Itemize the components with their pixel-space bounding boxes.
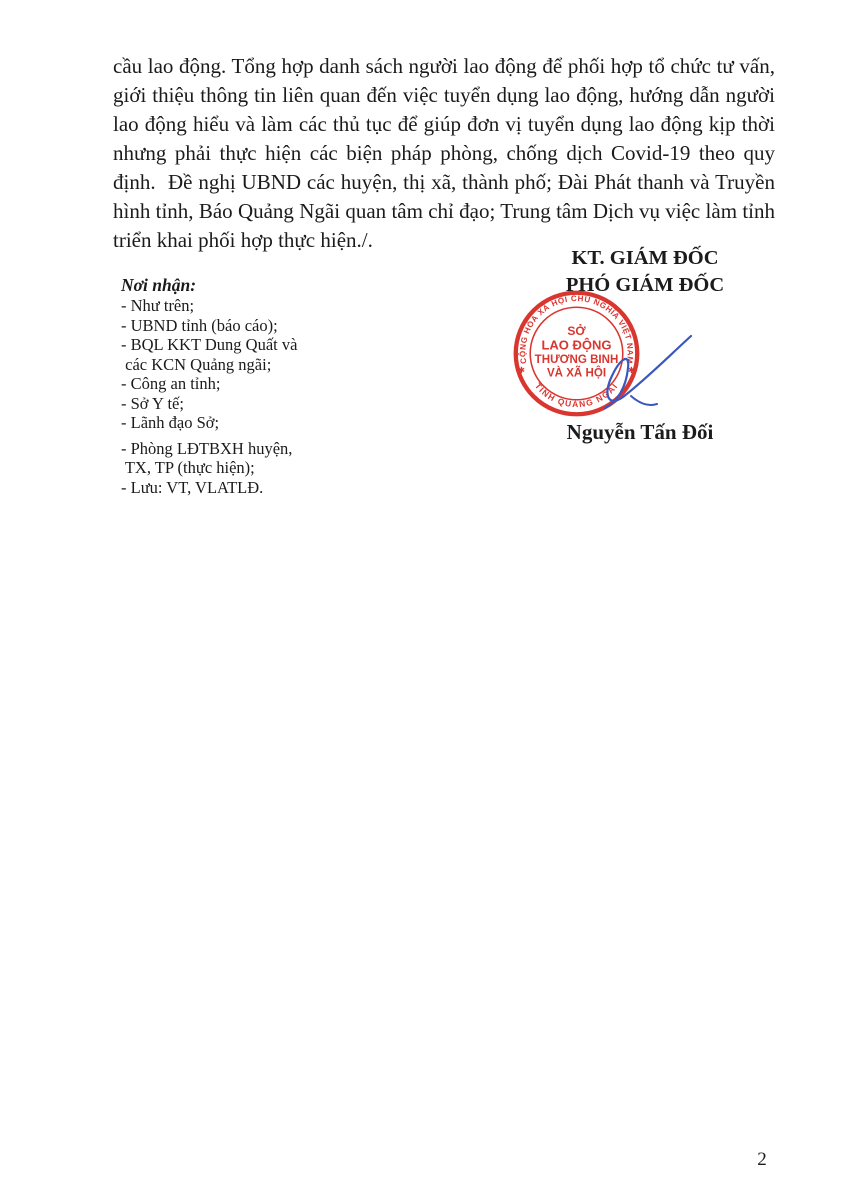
page-number: 2 — [748, 1149, 776, 1171]
recipient-item: - Lưu: VT, VLATLĐ. — [121, 478, 351, 498]
recipient-item: - Lãnh đạo Sở; — [121, 413, 351, 433]
paragraph-1-line: cầu lao động. Tổng hợp danh sách người l… — [113, 52, 775, 81]
signer-position-line1: KT. GIÁM ĐỐC — [535, 245, 755, 272]
recipient-item: TX, TP (thực hiện); — [121, 458, 351, 478]
recipient-item: - Sở Y tế; — [121, 394, 351, 414]
recipient-item: - Công an tỉnh; — [121, 374, 351, 394]
signer-name: Nguyễn Tấn Đối — [552, 420, 728, 444]
paragraph-1-line: lao động hiểu và làm các thủ tục để giúp… — [113, 110, 775, 139]
paragraph-2-line: Đề nghị UBND các huyện, thị xã, thành ph… — [113, 168, 775, 197]
recipients-block: Nơi nhận: - Như trên; - UBND tỉnh (báo c… — [121, 274, 351, 497]
recipient-item: các KCN Quảng ngãi; — [121, 355, 351, 375]
document-page: cầu lao động. Tổng hợp danh sách người l… — [0, 0, 848, 1200]
recipient-item: - BQL KKT Dung Quất và — [121, 335, 351, 355]
paragraph-2: Đề nghị UBND các huyện, thị xã, thành ph… — [113, 168, 775, 255]
handwritten-signature — [545, 300, 705, 425]
paragraph-2-line: hình tỉnh, Báo Quảng Ngãi quan tâm chỉ đ… — [113, 197, 775, 226]
recipient-item: - UBND tỉnh (báo cáo); — [121, 316, 351, 336]
paragraph-1-line: giới thiệu thông tin liên quan đến việc … — [113, 81, 775, 110]
recipients-heading: Nơi nhận: — [121, 274, 351, 296]
recipient-item: - Như trên; — [121, 296, 351, 316]
recipient-item: - Phòng LĐTBXH huyện, — [121, 439, 351, 459]
stamp-star-left-icon: ✱ — [518, 365, 525, 375]
